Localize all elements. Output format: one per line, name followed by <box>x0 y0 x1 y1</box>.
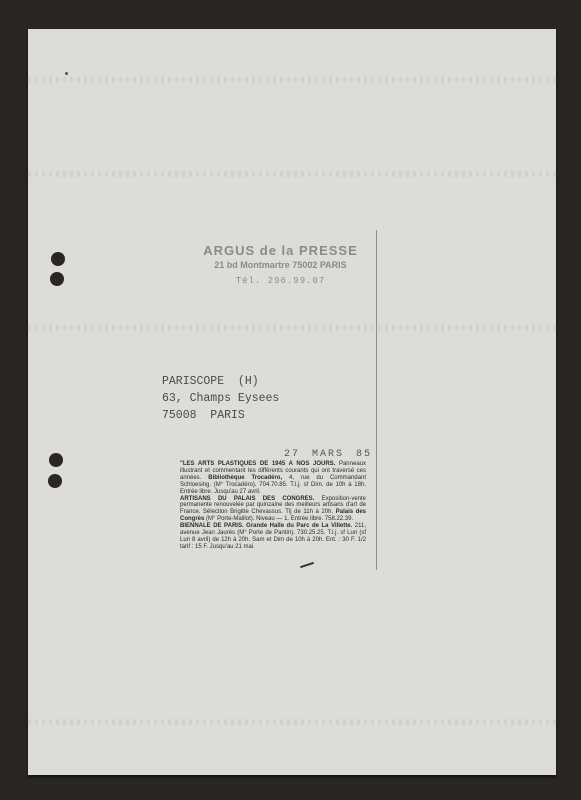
recipient-name: PARISCOPE (H) <box>162 373 279 390</box>
agency-name: ARGUS de la PRESSE <box>163 243 398 258</box>
scan-streak <box>28 325 556 331</box>
entry-title: "LES ARTS PLASTIQUES DE 1945 A NOS JOURS… <box>180 461 335 467</box>
speck <box>65 72 68 75</box>
scan-streak <box>28 171 556 177</box>
agency-address: 21 bd Montmartre 75002 PARIS <box>163 260 398 270</box>
punch-hole <box>49 453 63 467</box>
pen-mark <box>300 562 314 568</box>
clipping-entry: "LES ARTS PLASTIQUES DE 1945 A NOS JOURS… <box>180 461 366 496</box>
press-agency-stamp: ARGUS de la PRESSE 21 bd Montmartre 7500… <box>163 243 398 286</box>
punch-hole <box>48 474 62 488</box>
recipient-address: PARISCOPE (H)63, Champs Eysees75008 PARI… <box>162 373 279 424</box>
scanned-page: ARGUS de la PRESSE 21 bd Montmartre 7500… <box>28 29 556 775</box>
clipping-entry: BIENNALE DE PARIS. Grande Halle du Parc … <box>180 523 366 551</box>
scan-streak <box>28 77 556 83</box>
recipient-city: 75008 PARIS <box>162 407 279 424</box>
entry-venue: Bibliothèque Trocadéro, <box>208 475 282 481</box>
recipient-street: 63, Champs Eysees <box>162 390 279 407</box>
entry-title: ARTISANS DU PALAIS DES CONGRES. <box>180 496 314 502</box>
newspaper-clipping: "LES ARTS PLASTIQUES DE 1945 A NOS JOURS… <box>180 461 366 551</box>
entry-title: BIENNALE DE PARIS. <box>180 523 244 529</box>
agency-phone: Tél. 296.99.07 <box>163 276 398 286</box>
punch-hole <box>50 272 64 286</box>
entry-venue: Grande Halle du Parc de La Villette. <box>246 523 352 529</box>
clipping-entry: ARTISANS DU PALAIS DES CONGRES. Expositi… <box>180 496 366 524</box>
punch-hole <box>51 252 65 266</box>
divider-line <box>376 230 377 570</box>
clipping-date: 27 MARS 85 <box>284 449 372 460</box>
scan-streak <box>28 719 556 725</box>
